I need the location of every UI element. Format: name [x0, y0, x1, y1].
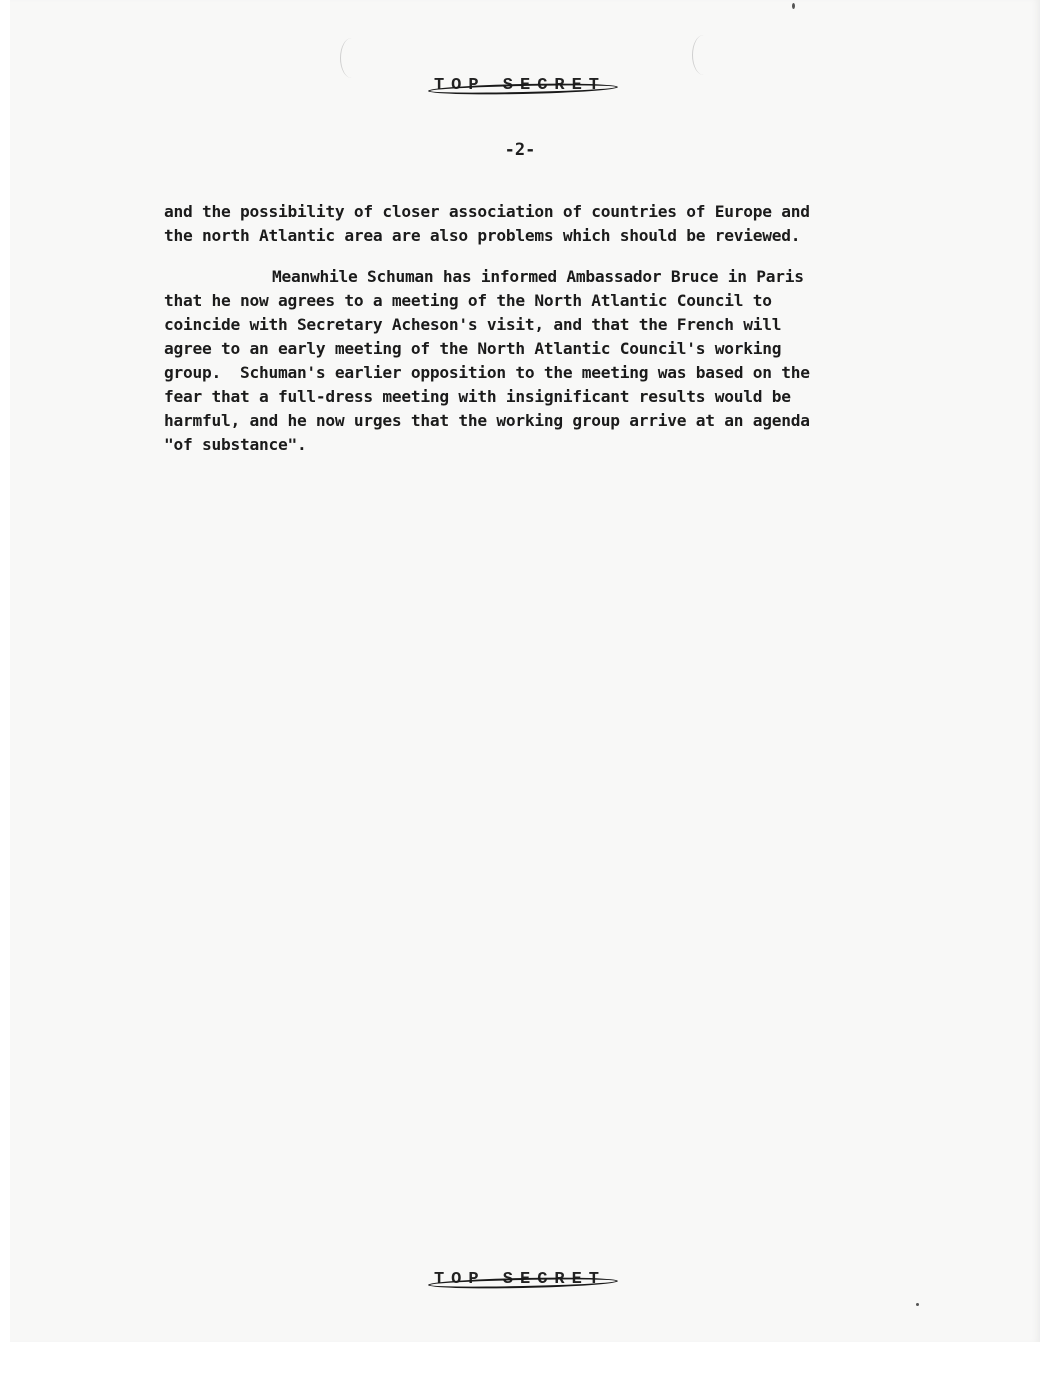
text-line: Meanwhile Schuman has informed Ambassado…: [164, 265, 904, 289]
document-body: and the possibility of closer associatio…: [164, 200, 904, 457]
text-line: fear that a full-dress meeting with insi…: [164, 385, 904, 409]
classification-footer-text: TOP SECRET: [430, 1270, 610, 1289]
text-line: group. Schuman's earlier opposition to t…: [164, 361, 904, 385]
page-number: -2-: [0, 140, 1040, 160]
punch-hole-mark: [340, 38, 363, 78]
paper-speck: [916, 1303, 919, 1306]
paragraph-2: Meanwhile Schuman has informed Ambassado…: [164, 265, 904, 457]
text-line: "of substance".: [164, 433, 904, 457]
classification-header: TOP SECRET: [0, 76, 1040, 95]
paper-speck: [792, 3, 795, 9]
text-line: harmful, and he now urges that the worki…: [164, 409, 904, 433]
paragraph-1: and the possibility of closer associatio…: [164, 200, 904, 248]
text-line: coincide with Secretary Acheson's visit,…: [164, 313, 904, 337]
text-line: that he now agrees to a meeting of the N…: [164, 289, 904, 313]
text-line: the north Atlantic area are also problem…: [164, 224, 904, 248]
text-line: and the possibility of closer associatio…: [164, 200, 904, 224]
punch-hole-mark: [692, 35, 715, 75]
classification-header-text: TOP SECRET: [430, 76, 610, 95]
classification-footer: TOP SECRET: [0, 1270, 1040, 1289]
text-line: agree to an early meeting of the North A…: [164, 337, 904, 361]
